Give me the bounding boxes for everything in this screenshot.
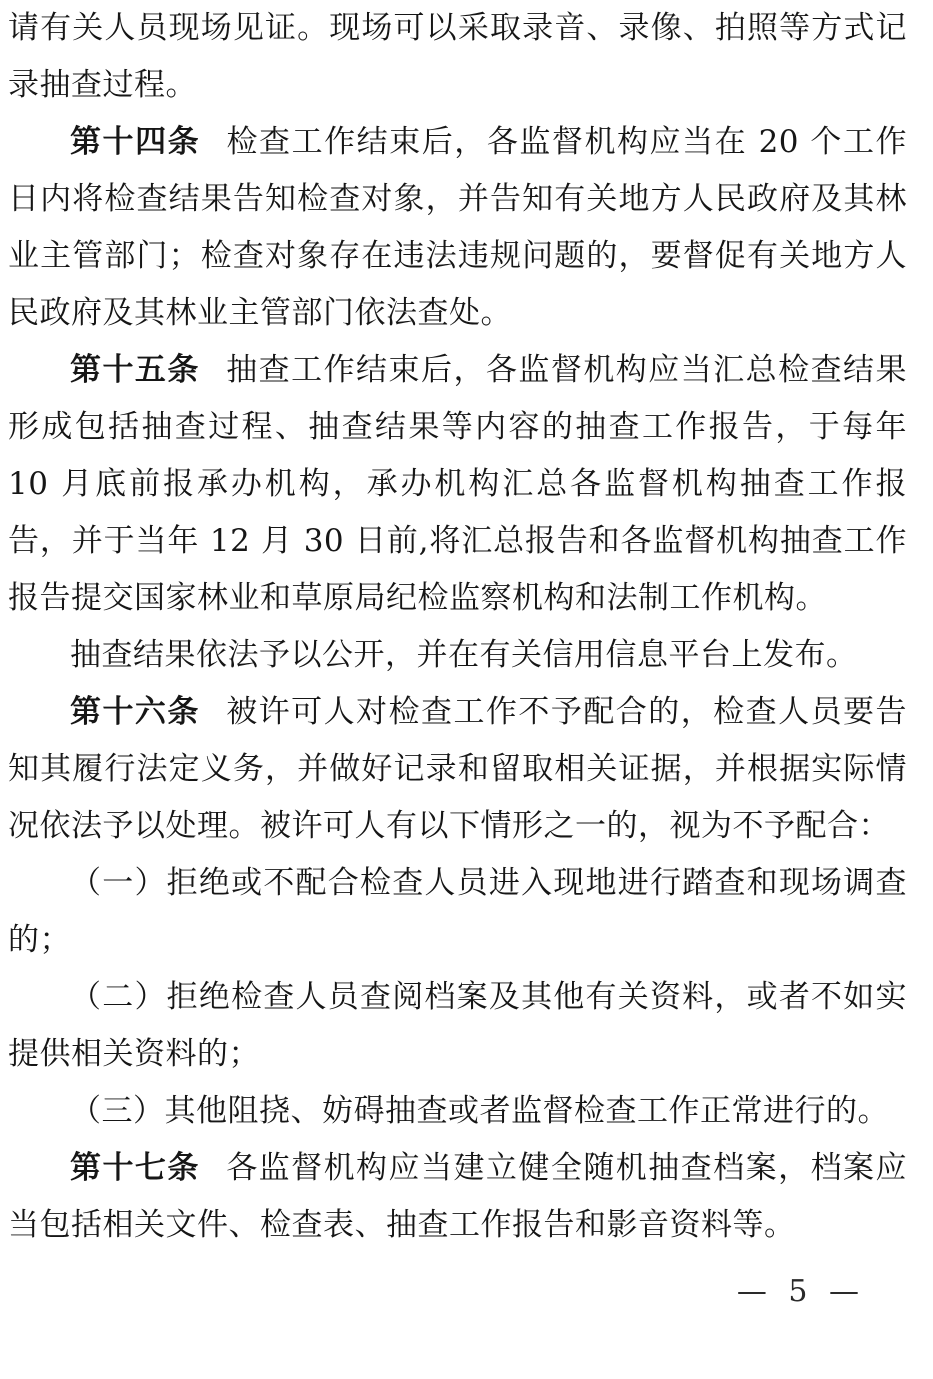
article-15-heading: 第十五条 (70, 352, 200, 388)
paragraph-article-15: 第十五条抽查工作结束后，各监督机构应当汇总检查结果形成包括抽查过程、抽查结果等内… (8, 342, 907, 627)
document-page: 请有关人员现场见证。现场可以采取录音、录像、拍照等方式记录抽查过程。 第十四条检… (0, 0, 933, 1379)
paragraph-body: （二）拒绝检查人员查阅档案及其他有关资料，或者不如实提供相关资料的； (8, 979, 907, 1072)
paragraph-article-17: 第十七条各监督机构应当建立健全随机抽查档案，档案应当包括相关文件、检查表、抽查工… (8, 1140, 907, 1254)
document-text: 请有关人员现场见证。现场可以采取录音、录像、拍照等方式记录抽查过程。 第十四条检… (8, 0, 907, 1254)
paragraph-body: （一）拒绝或不配合检查人员进入现地进行踏查和现场调查的； (8, 865, 907, 958)
paragraph-body: 抽查结果依法予以公开，并在有关信用信息平台上发布。 (70, 637, 858, 673)
article-14-heading: 第十四条 (70, 124, 200, 160)
list-item-3: （三）其他阻挠、妨碍抽查或者监督检查工作正常进行的。 (8, 1083, 907, 1140)
paragraph-body: （三）其他阻挠、妨碍抽查或者监督检查工作正常进行的。 (70, 1093, 889, 1129)
paragraph-article-14: 第十四条检查工作结束后，各监督机构应当在 20 个工作日内将检查结果告知检查对象… (8, 114, 907, 342)
paragraph-continuation: 请有关人员现场见证。现场可以采取录音、录像、拍照等方式记录抽查过程。 (8, 0, 907, 114)
paragraph-body: 抽查工作结束后，各监督机构应当汇总检查结果形成包括抽查过程、抽查结果等内容的抽查… (8, 352, 907, 616)
article-16-heading: 第十六条 (70, 694, 200, 730)
page-number: — 5 — (737, 1272, 865, 1312)
paragraph-article-16: 第十六条被许可人对检查工作不予配合的，检查人员要告知其履行法定义务，并做好记录和… (8, 684, 907, 855)
paragraph-publish-results: 抽查结果依法予以公开，并在有关信用信息平台上发布。 (8, 627, 907, 684)
paragraph-body: 请有关人员现场见证。现场可以采取录音、录像、拍照等方式记录抽查过程。 (8, 10, 907, 103)
article-17-heading: 第十七条 (70, 1150, 200, 1186)
list-item-1: （一）拒绝或不配合检查人员进入现地进行踏查和现场调查的； (8, 855, 907, 969)
list-item-2: （二）拒绝检查人员查阅档案及其他有关资料，或者不如实提供相关资料的； (8, 969, 907, 1083)
